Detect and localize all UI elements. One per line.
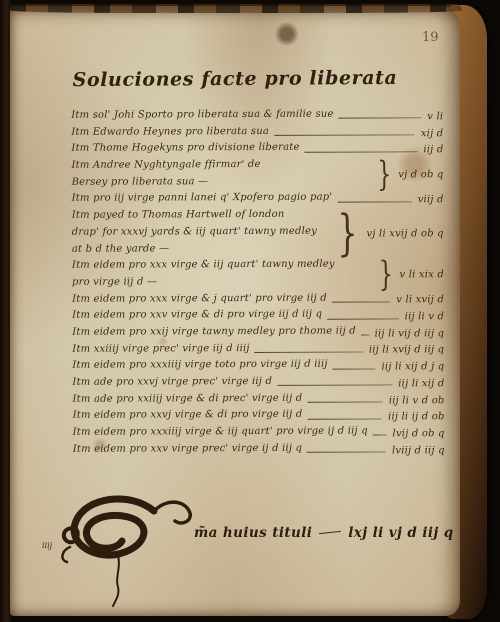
entry-amount: iij li xvij d iij q (369, 345, 445, 356)
entry-line: Itm sol' Johi Sporto pro liberata sua & … (71, 108, 427, 126)
entry-text: Itm eidem pro xxij virge tawny medley pr… (72, 326, 356, 338)
entry-line: Itm eidem pro xxv virge prec' virge ij d… (73, 442, 392, 460)
entry-line: Itm Thome Hogekyns pro divisione liberat… (71, 142, 423, 160)
ledger-entry: Itm eidem pro xxx virge & iij quart' taw… (72, 258, 444, 293)
entry-text: Itm Thome Hogekyns pro divisione liberat… (71, 142, 299, 154)
entry-text: Itm eidem pro xxvj virge & di pro virge … (73, 409, 303, 421)
manuscript-page: 19 Soluciones facte pro liberata Itm sol… (10, 6, 460, 616)
entry-line: Itm Edwardo Heynes pro liberata sua (71, 125, 421, 143)
entry-text: Itm xxiiij virge prec' virge iij d iiij (72, 343, 249, 355)
entry-leader (327, 318, 398, 319)
entry-text: pro virge iij d — (72, 276, 157, 287)
entry-leader (361, 335, 369, 336)
entry-text: Itm eidem pro xxx virge & iij quart' taw… (72, 259, 335, 271)
entry-amount: vj li xvij d ob q (366, 228, 443, 239)
entry-line: Itm pro iij virge panni lanei q' Xpofero… (72, 192, 418, 210)
entry-text: Itm eidem pro xxxiiij virge toto pro vir… (72, 359, 327, 371)
entry-leader (339, 118, 422, 119)
summa-amount: lxj li vj d iij q (348, 525, 453, 541)
entry-line: Itm ade pro xxvj virge prec' virge iij d (72, 375, 398, 393)
summa-block: iiij m̃a huius titulilxj li vj d iij q (10, 495, 460, 610)
entry-leader (337, 201, 411, 202)
folio-number: 19 (422, 30, 439, 45)
ledger-entry: Itm payed to Thomas Hartwell of londondr… (72, 208, 444, 260)
entry-amount: xij d (421, 128, 444, 139)
entry-text: Itm eidem pro xxx virge & j quart' pro v… (72, 292, 327, 304)
entry-leader (332, 301, 390, 302)
summa-line: m̃a huius titulilxj li vj d iij q (194, 525, 454, 541)
entry-amount: iij li v d ob (389, 395, 445, 406)
entry-amount: iij d (423, 144, 443, 155)
entry-brace-icon: } (378, 261, 392, 290)
ledger-entries: Itm sol' Johi Sporto pro liberata sua & … (71, 108, 445, 460)
ledger-entry: Itm eidem pro xxvj virge & di pro virge … (73, 409, 445, 427)
entry-text: Itm eidem pro xxv virge prec' virge ij d… (73, 443, 302, 455)
entry-amount: v li (427, 111, 443, 122)
entry-text: Itm ade pro xxvj virge prec' virge iij d (72, 376, 272, 388)
entry-line: drap' for xxxvj yards & iij quart' tawny… (72, 225, 330, 243)
summa-label: m̃a huius tituli (194, 525, 312, 541)
top-edge-stain (10, 4, 462, 13)
entry-amount: v li xix d (399, 270, 444, 281)
entry-line: Itm Andree Nyghtyngale ffirmar' de (71, 159, 371, 177)
ledger-entry: Itm ade pro xxiiij virge & di prec' virg… (72, 392, 444, 410)
ledger-entry: Itm eidem pro xxij virge tawny medley pr… (72, 325, 444, 343)
entry-text: drap' for xxxvj yards & iij quart' tawny… (72, 226, 317, 238)
ledger-entry: Itm eidem pro xxxiiij virge toto pro vir… (72, 359, 444, 377)
entry-text: Itm eidem pro xxxiiij virge & iij quart'… (73, 426, 368, 438)
entry-line: Itm xxiiij virge prec' virge iij d iiij (72, 342, 369, 360)
ledger-entry: Itm eidem pro xxv virge & di pro virge i… (72, 308, 444, 326)
entry-line: Bersey pro liberata sua — (72, 175, 372, 193)
ledger-entry: Itm sol' Johi Sporto pro liberata sua & … (71, 108, 443, 126)
ledger-entry: Itm ade pro xxvj virge prec' virge iij d… (72, 375, 444, 393)
entry-line: Itm eidem pro xxv virge & di pro virge i… (72, 309, 405, 327)
entry-brace-icon: } (338, 213, 359, 255)
entry-line: Itm eidem pro xxxiiij virge & iij quart'… (73, 425, 393, 443)
entry-line: Itm eidem pro xxx virge & iij quart' taw… (72, 259, 373, 277)
entry-text: Bersey pro liberata sua — (72, 176, 209, 188)
summa-initial-flourish (58, 495, 198, 607)
entry-line: Itm ade pro xxiiij virge & di prec' virg… (72, 392, 388, 410)
entry-leader (307, 452, 386, 453)
ledger-entry: Itm xxiiij virge prec' virge iij d iiiji… (72, 342, 444, 360)
summa-dash (319, 531, 341, 534)
entry-text: Itm eidem pro xxv virge & di pro virge i… (72, 309, 322, 321)
entry-text: Itm Andree Nyghtyngale ffirmar' de (71, 159, 260, 171)
entry-amount: v li xvij d (396, 295, 444, 306)
entry-line: Itm eidem pro xxij virge tawny medley pr… (72, 325, 374, 343)
margin-note: iiij (42, 541, 52, 550)
section-heading: Soluciones facte pro liberata (40, 67, 430, 92)
entry-leader (255, 352, 363, 353)
ledger-entry: Itm eidem pro xxv virge prec' virge ij d… (73, 442, 445, 460)
entry-text: Itm payed to Thomas Hartwell of london (72, 209, 285, 221)
entry-amount: vj d ob q (398, 169, 443, 180)
entry-amount: iij li v d (405, 311, 445, 322)
entry-text: Itm ade pro xxiiij virge & di prec' virg… (72, 392, 302, 404)
entry-leader (333, 368, 376, 369)
entry-amount: lviij d iij q (392, 445, 445, 456)
entry-amount: iij li xij d j q (381, 361, 444, 372)
entry-line: Itm eidem pro xxvj virge & di pro virge … (73, 409, 389, 427)
entry-leader (307, 401, 382, 402)
entry-text: at b d the yarde — (72, 243, 169, 254)
entry-text: Itm Edwardo Heynes pro liberata sua (71, 126, 269, 138)
entry-brace-icon: } (377, 161, 391, 190)
ledger-entry: Itm Edwardo Heynes pro liberata suaxij d (71, 125, 443, 143)
entry-amount: iij li xij d (398, 378, 444, 389)
entry-text: Itm pro iij virge panni lanei q' Xpofero… (72, 192, 333, 204)
entry-line: Itm eidem pro xxx virge & j quart' pro v… (72, 292, 396, 310)
entry-amount: iij li vij d iij q (375, 328, 445, 339)
entry-line: at b d the yarde — (72, 242, 330, 260)
entry-amount: iij li ij d ob (388, 411, 445, 422)
entry-leader (305, 151, 418, 152)
entry-line: Itm payed to Thomas Hartwell of london (72, 209, 330, 227)
entry-amount: viij d (418, 194, 444, 205)
ledger-entry: Itm Andree Nyghtyngale ffirmar' deBersey… (71, 158, 443, 193)
entry-line: Itm eidem pro xxxiiij virge toto pro vir… (72, 359, 381, 377)
entry-leader (274, 134, 415, 136)
entry-amount: lvij d ob q (393, 428, 445, 439)
entry-text: Itm sol' Johi Sporto pro liberata sua & … (71, 109, 333, 121)
entry-leader (307, 418, 382, 419)
manuscript-photo: 19 Soluciones facte pro liberata Itm sol… (0, 0, 500, 622)
entry-leader (277, 385, 392, 387)
entry-line: pro virge iij d — (72, 275, 373, 293)
ledger-entry: Itm eidem pro xxxiiij virge & iij quart'… (73, 425, 445, 443)
entry-leader (373, 435, 387, 436)
